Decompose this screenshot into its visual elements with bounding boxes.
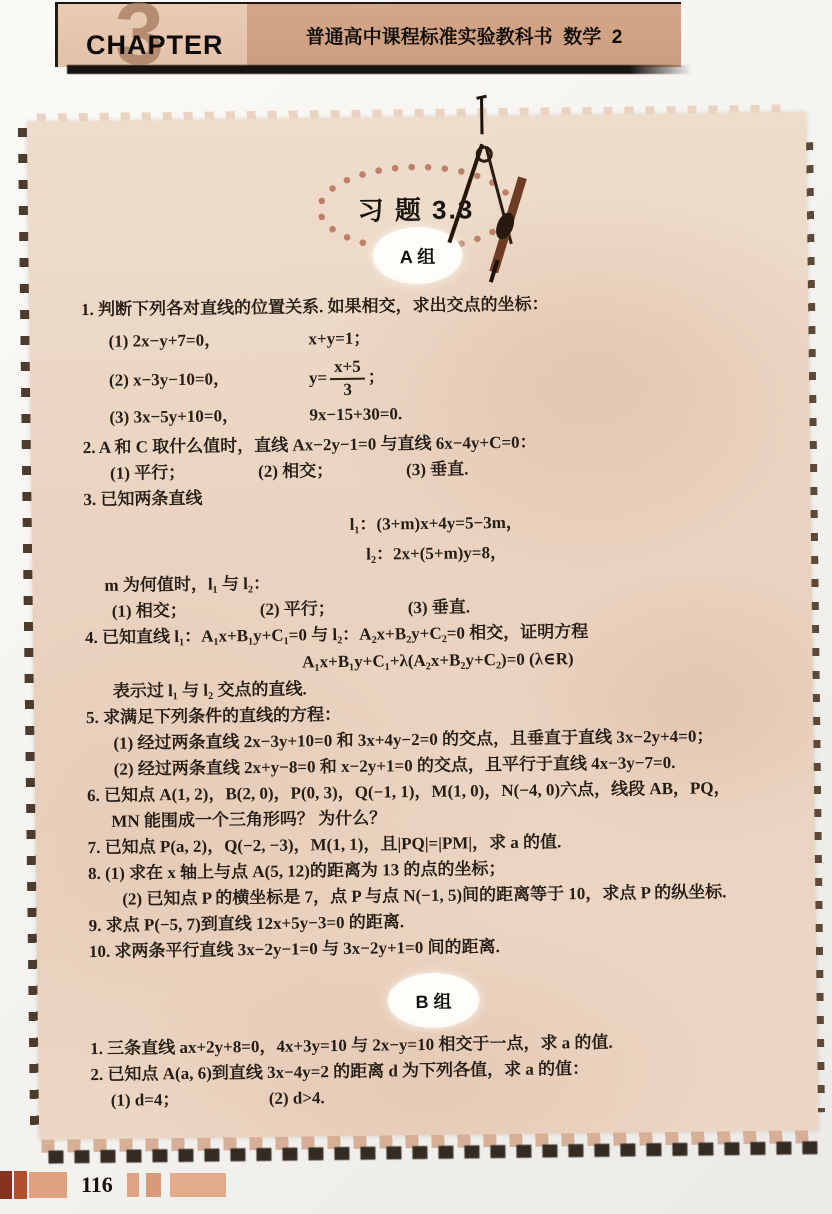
fraction: x+5 3 [330,356,365,399]
chapter-header-right: 普通高中课程标准实验教科书 数学 2 [247,4,681,67]
footer-block [14,1171,27,1199]
chapter-label: CHAPTER [86,30,224,61]
problem-1-item-2: (2) x−3y−10=0， y= x+5 3 ； [82,351,787,404]
fraction-equation: y= x+5 3 ； [309,356,385,400]
book-title: 普通高中课程标准实验教科书 数学 2 [306,22,623,49]
textbook-page: 习 题 3.3 A 组 1. 判断下列各对直线的位置关系. 如果相交，求出交点的… [27,112,818,1139]
page-footer: 116 [0,1170,226,1200]
footer-block [29,1172,67,1198]
compass-icon [433,91,566,303]
footer-block [170,1173,226,1197]
group-a-problems: 1. 判断下列各对直线的位置关系. 如果相交，求出交点的坐标： (1) 2x−y… [81,289,794,966]
problem-1-item-1: (1) 2x−y+7=0， x+y=1； [81,321,786,356]
footer-block [127,1173,139,1197]
group-a-label: A 组 [400,242,436,268]
chapter-header: 3 CHAPTER 普通高中课程标准实验教科书 数学 2 [55,2,681,67]
footer-block [0,1171,12,1199]
group-b-problems: 1. 三条直线 ax+2y+8=0，4x+3y=10 与 2x−y=10 相交于… [90,1027,796,1114]
paper-edge-right [806,142,825,1112]
group-b-badge: B 组 [387,972,480,1028]
paper-edge-left [18,128,39,1132]
chapter-header-left: 3 CHAPTER [58,4,247,67]
paper-edge-top [37,104,792,121]
problem-1: 1. 判断下列各对直线的位置关系. 如果相交，求出交点的坐标： [81,289,786,324]
group-b-label: B 组 [415,987,451,1013]
footer-block [146,1173,161,1197]
page-number: 116 [81,1172,113,1198]
